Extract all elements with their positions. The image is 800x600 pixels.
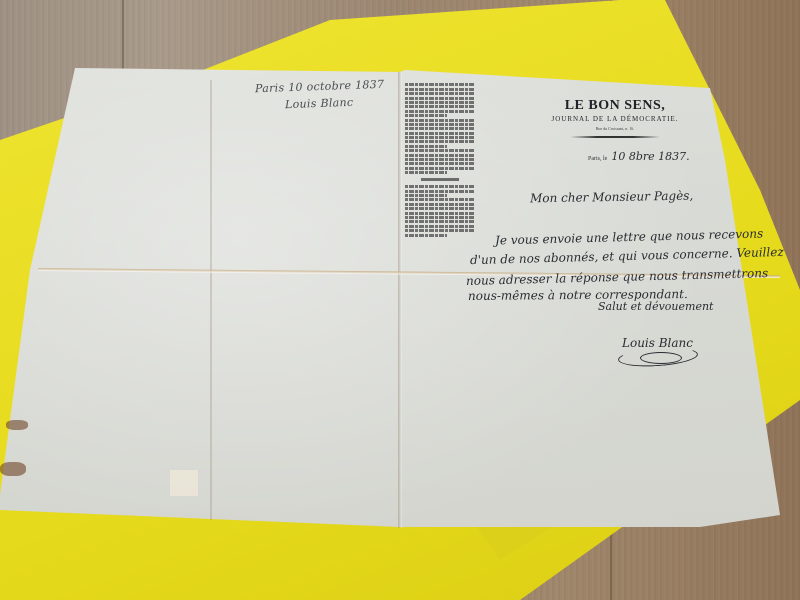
ink-stain — [0, 462, 26, 476]
newspaper-address: Rue du Croissant, n. 16. — [520, 126, 710, 131]
archival-note-name: Louis Blanc — [285, 96, 354, 111]
center-fold-crease — [398, 72, 402, 528]
dateline-printed: Paris, le — [588, 156, 607, 162]
letterhead: LE BON SENS, JOURNAL DE LA DÉMOCRATIE. R… — [520, 98, 710, 138]
paper-repair-patch — [170, 470, 198, 496]
dateline-handwritten: 10 8bre 1837. — [611, 150, 689, 163]
letterhead-rule — [570, 136, 660, 138]
newspaper-title: LE BON SENS, — [520, 98, 710, 114]
column-heading — [421, 178, 460, 181]
salutation: Mon cher Monsieur Pagès, — [530, 189, 693, 206]
signature-flourish-loop-icon — [640, 352, 682, 364]
left-fold-crease — [210, 80, 212, 520]
dateline: Paris, le10 8bre 1837. — [588, 150, 690, 163]
ink-stain — [6, 420, 28, 430]
printed-subscription-column — [405, 82, 475, 277]
newspaper-subtitle: JOURNAL DE LA DÉMOCRATIE. — [520, 115, 710, 123]
closing: Salut et dévouement — [598, 300, 713, 313]
